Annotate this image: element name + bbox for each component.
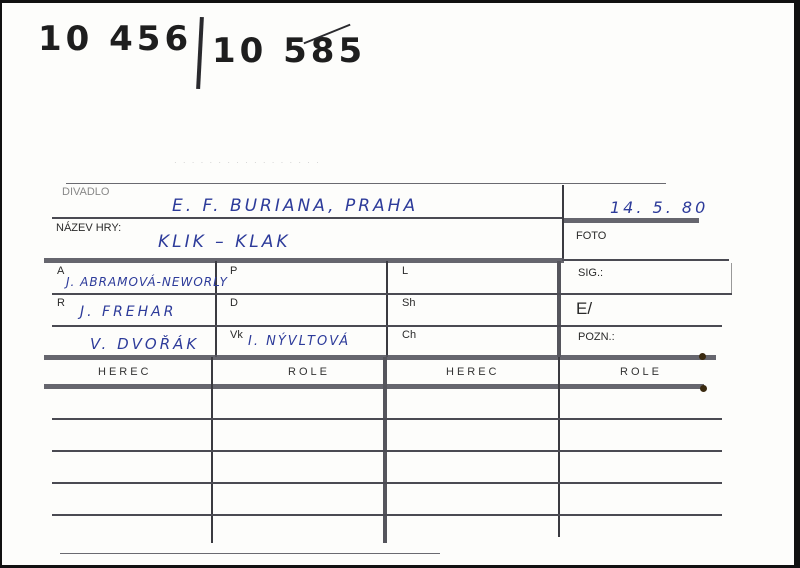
credit-value-r: J. FREHAR	[80, 304, 177, 320]
credit-value-vk: I. NÝVLTOVÁ	[248, 334, 350, 349]
row-divider	[52, 325, 722, 327]
divider-vertical	[562, 185, 564, 261]
table-header-herec-1: HEREC	[98, 366, 152, 378]
credit-value-3: V. DVOŘÁK	[90, 335, 199, 353]
ink-spot	[699, 353, 706, 360]
e-label: E/	[576, 299, 592, 319]
table-row	[52, 482, 722, 484]
table-bottom-border	[60, 553, 440, 554]
table-row	[52, 450, 722, 452]
nazev-hry-label: NÁZEV HRY:	[56, 222, 121, 234]
divider-vertical	[557, 261, 561, 357]
table-header-herec-2: HEREC	[446, 366, 500, 378]
row-divider	[564, 218, 699, 223]
divider-vertical	[731, 263, 732, 293]
table-row	[52, 418, 722, 420]
row-divider	[52, 293, 732, 295]
credit-label-vk: Vk	[230, 329, 243, 341]
credit-label-l: L	[402, 265, 408, 277]
table-row	[52, 514, 722, 516]
pozn-label: POZN.:	[578, 331, 615, 343]
table-header-border	[44, 384, 704, 389]
separator-stroke	[196, 17, 204, 89]
row-divider	[44, 258, 564, 263]
credit-label-d: D	[230, 297, 238, 309]
date-value: 14. 5. 80	[610, 198, 708, 217]
sig-label: SIG.:	[578, 267, 603, 279]
divider-vertical	[386, 261, 388, 357]
top-border	[66, 183, 666, 184]
table-column-divider	[558, 357, 560, 537]
credit-label-a: A	[57, 265, 64, 277]
credit-label-ch: Ch	[402, 329, 416, 341]
faint-header-text: · · · · · · · · · · · · · · · · ·	[174, 158, 321, 167]
table-top-border	[44, 355, 716, 360]
foto-label: FOTO	[576, 230, 606, 242]
table-header-role-1: ROLE	[288, 366, 330, 378]
credit-value-a: J. ABRAMOVÁ-NEWORLY	[66, 275, 228, 289]
divadlo-label: DIVADLO	[62, 186, 109, 198]
credit-label-p: P	[230, 265, 237, 277]
row-divider	[564, 259, 729, 261]
row-divider	[52, 217, 562, 219]
catalog-number-left: 10 456	[38, 19, 192, 59]
nazev-hry-value: KLIK – KLAK	[158, 232, 291, 252]
credit-label-sh: Sh	[402, 297, 415, 309]
credit-label-r: R	[57, 297, 65, 309]
catalog-number-right: 10 585	[212, 31, 366, 71]
divadlo-value: E. F. BURIANA, PRAHA	[172, 196, 418, 216]
index-card: 10 456 10 585 · · · · · · · · · · · · · …	[2, 3, 794, 565]
table-header-role-2: ROLE	[620, 366, 662, 378]
ink-spot	[700, 385, 707, 392]
